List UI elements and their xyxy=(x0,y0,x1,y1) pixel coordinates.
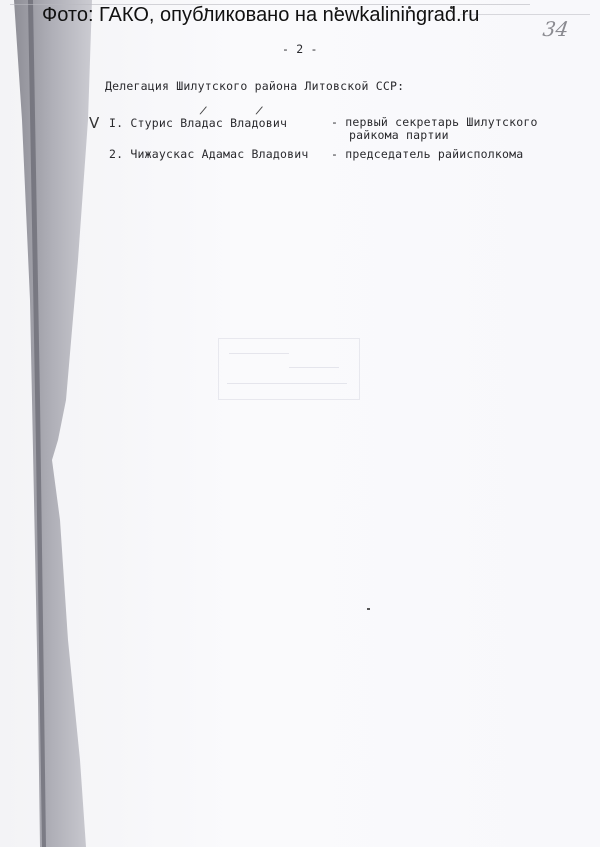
role-dash: - xyxy=(331,115,338,129)
document-page: Фото: ГАКО, опубликовано на newkaliningr… xyxy=(0,0,600,847)
delegate-row-2-name: 2. Чижаускас Адамас Владович xyxy=(109,147,308,161)
faint-bleedthrough-stamp xyxy=(218,338,360,400)
delegate-row-1-name: I. Стурис Владас Владович xyxy=(109,116,287,130)
handwritten-folio-number: 34 xyxy=(541,17,570,41)
delegate-row-2-role: - председатель райисполкома xyxy=(331,147,523,161)
role-line: председатель райисполкома xyxy=(345,147,523,161)
role-line: первый секретарь Шилутского xyxy=(345,115,537,129)
page-number: - 2 - xyxy=(282,42,318,56)
paper-speck xyxy=(367,608,370,610)
role-line: райкома партии xyxy=(331,128,449,142)
scan-edge-line xyxy=(460,14,590,15)
delegate-number: I. xyxy=(109,116,123,130)
delegate-number: 2. xyxy=(109,147,123,161)
delegation-heading: Делегация Шилутского района Литовской СС… xyxy=(105,79,404,93)
delegate-name: Стурис Владас Владович xyxy=(130,116,287,130)
role-dash: - xyxy=(331,147,338,161)
delegate-name: Чижаускас Адамас Владович xyxy=(130,147,308,161)
delegate-row-1-role: - первый секретарь Шилутского райкома па… xyxy=(331,116,538,142)
handwritten-check-icon: V xyxy=(89,114,99,132)
source-watermark: Фото: ГАКО, опубликовано на newkaliningr… xyxy=(42,4,479,27)
